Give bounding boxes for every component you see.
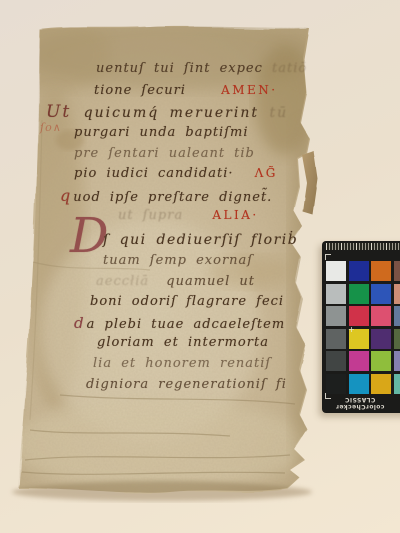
- manuscript-line: quod ipſe preſtare dignet̃.: [60, 187, 272, 205]
- faded-text: tatiō: [272, 61, 307, 76]
- color-patch: [326, 284, 346, 304]
- line-text: uentuſ tui ſint expec: [96, 61, 263, 76]
- color-patch: [371, 306, 391, 326]
- manuscript-line: ſ qui dediuerſiſ floriḃ: [103, 233, 298, 248]
- color-patch: [394, 284, 400, 304]
- checker-grid: [326, 261, 400, 394]
- manuscript-line: lia et honorem renatiſ: [93, 357, 271, 371]
- ghost-text: aeccłiā: [96, 274, 149, 289]
- initial-letter: d: [74, 314, 85, 332]
- manuscript-line: aeccłiā quamuel ut: [96, 275, 255, 289]
- line-text: uod ipſe preſtare dignet̃.: [73, 190, 272, 205]
- manuscript-line: digniora regenerationiſ fi: [86, 378, 287, 392]
- color-patch: [326, 306, 346, 326]
- color-patch: [326, 329, 346, 349]
- line-text: a plebi tuae adcaeleſtem: [87, 317, 286, 332]
- manuscript-line: Ut quicumq́ meruerint tū: [46, 103, 288, 122]
- color-patch: [371, 351, 391, 371]
- color-patch: [349, 374, 369, 394]
- rubric-text: ΛG̃: [255, 166, 278, 180]
- color-patch: [394, 329, 400, 349]
- registration-corner-mark: [325, 254, 331, 260]
- color-patch: [349, 306, 369, 326]
- color-patch: [349, 351, 369, 371]
- color-patch: [326, 261, 346, 281]
- manuscript-line: gloriam et intermorta: [97, 336, 269, 350]
- manuscript-line: pre ſentari ualeant tib: [74, 147, 255, 161]
- line-text: pre ſentari ualeant tib: [74, 146, 255, 161]
- line-text: tuam ſemp exornaſ: [103, 253, 253, 268]
- manuscript-line: tuam ſemp exornaſ: [103, 254, 253, 268]
- line-text: quicumq́ meruerint: [84, 105, 259, 121]
- manuscript-line: purgari unda baptiſmi: [74, 126, 249, 140]
- initial-letter: q: [60, 186, 71, 205]
- manuscript-line: da plebi tuae adcaeleſtem: [74, 315, 285, 332]
- rubric-text: ALIA·: [212, 208, 258, 222]
- line-text: quamuel ut: [166, 274, 255, 289]
- line-text: purgari unda baptiſmi: [74, 125, 249, 140]
- manuscript-line: tione ſecuri AMEN·: [94, 84, 278, 98]
- photograph-background: ſo∧ uentuſ tui ſint expec tatiō tione ſe…: [0, 0, 400, 533]
- color-patch: [394, 306, 400, 326]
- line-text: boni odoriſ flagrare feci: [90, 294, 284, 309]
- manuscript-line: boni odoriſ flagrare feci: [90, 295, 284, 309]
- manuscript-line: ut ſupra ALIA·: [118, 209, 259, 223]
- line-text: gloriam et intermorta: [97, 335, 269, 350]
- margin-note: ſo∧: [40, 122, 62, 133]
- registration-cross-mark: +: [348, 325, 355, 334]
- manuscript-line: uentuſ tui ſint expec tatiō: [96, 62, 307, 76]
- line-text: pio iudici candidati·: [74, 166, 234, 181]
- color-patch: [371, 284, 391, 304]
- color-patch: [394, 261, 400, 281]
- checker-brand-label: colorChecker CLASSIC: [324, 396, 396, 410]
- checker-ruler: [326, 243, 400, 250]
- color-patch: [394, 351, 400, 371]
- color-patch: [326, 351, 346, 371]
- ghost-text: ut ſupra: [118, 208, 183, 223]
- color-patch: [349, 284, 369, 304]
- color-patch: [394, 374, 400, 394]
- rubric-text: AMEN·: [221, 83, 278, 97]
- line-text: digniora regenerationiſ fi: [86, 377, 287, 392]
- color-checker-card: + colorChecker CLASSIC: [322, 241, 400, 413]
- line-text: ſ qui dediuerſiſ floriḃ: [103, 232, 298, 248]
- faded-text: tū: [269, 105, 288, 121]
- line-text: tione ſecuri: [94, 83, 186, 98]
- color-patch: [371, 261, 391, 281]
- initial-letter: Ut: [46, 102, 71, 122]
- color-patch: [371, 329, 391, 349]
- line-text: lia et honorem renatiſ: [93, 356, 271, 371]
- color-patch: [371, 374, 391, 394]
- color-patch: [349, 261, 369, 281]
- color-patch: [326, 374, 346, 394]
- manuscript-line: pio iudici candidati· ΛG̃: [74, 167, 278, 181]
